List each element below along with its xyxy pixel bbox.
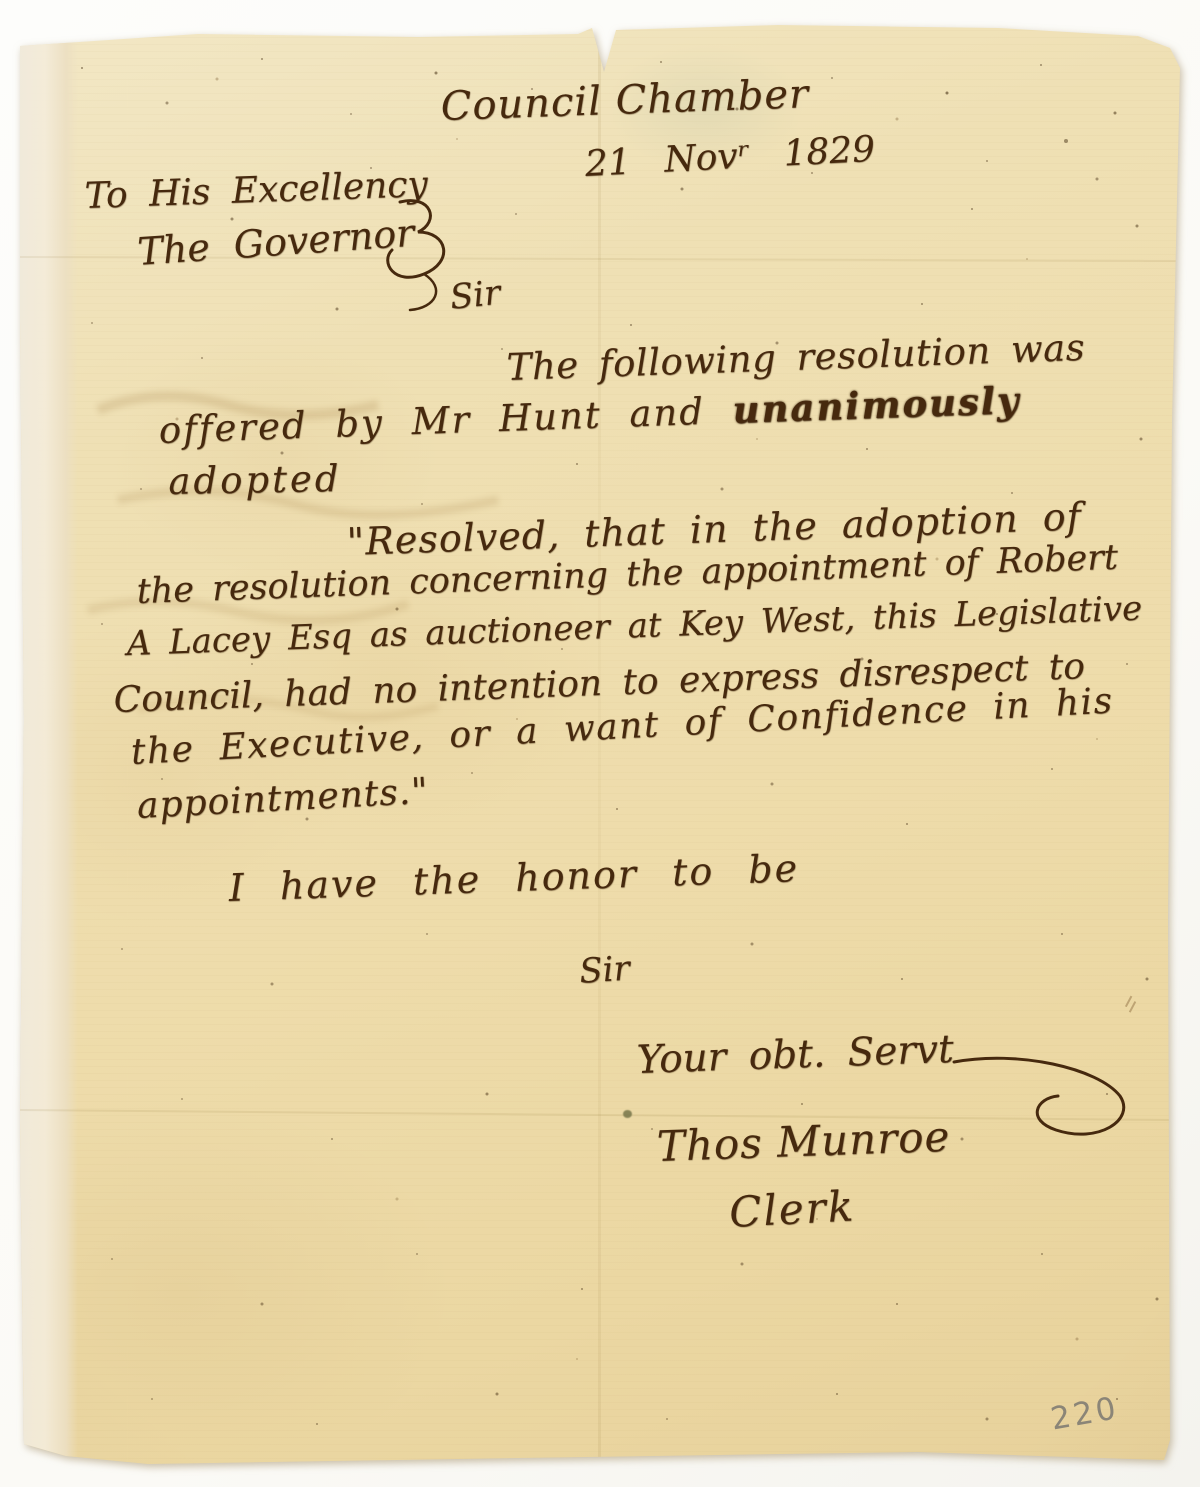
salutation: Sir (448, 273, 502, 318)
signature-title: Clerk (728, 1181, 856, 1237)
heading-date: 21 Novʳ 1829 (584, 129, 876, 185)
foxing-specks-dark (18, 20, 20, 22)
closing-line-2: Sir (578, 948, 631, 991)
paper-shadow: Council Chamber 21 Novʳ 1829 To His Exce… (0, 0, 1200, 1487)
closing-line-1: I have the honor to be (228, 846, 800, 910)
body-line-3: adopted (168, 457, 342, 503)
servt-sweep-flourish (948, 1046, 1158, 1166)
heading-place: Council Chamber (440, 71, 810, 130)
recipient-line-2: The Governor (136, 211, 416, 274)
foxing-specks-light (18, 20, 20, 22)
closing-line-3: Your obt. Servt (636, 1027, 954, 1083)
letter-paper: Council Chamber 21 Novʳ 1829 To His Exce… (18, 20, 1182, 1466)
scan-background: Council Chamber 21 Novʳ 1829 To His Exce… (0, 0, 1200, 1487)
signature-name: Thos Munroe (656, 1112, 951, 1171)
body-line-2b-blotted: unanimously (732, 378, 1021, 432)
left-fold-edge (18, 20, 78, 1466)
ink-spot (623, 1110, 632, 1118)
archive-number: 220 (1048, 1390, 1121, 1437)
pencil-tick-marks (1123, 996, 1143, 1017)
